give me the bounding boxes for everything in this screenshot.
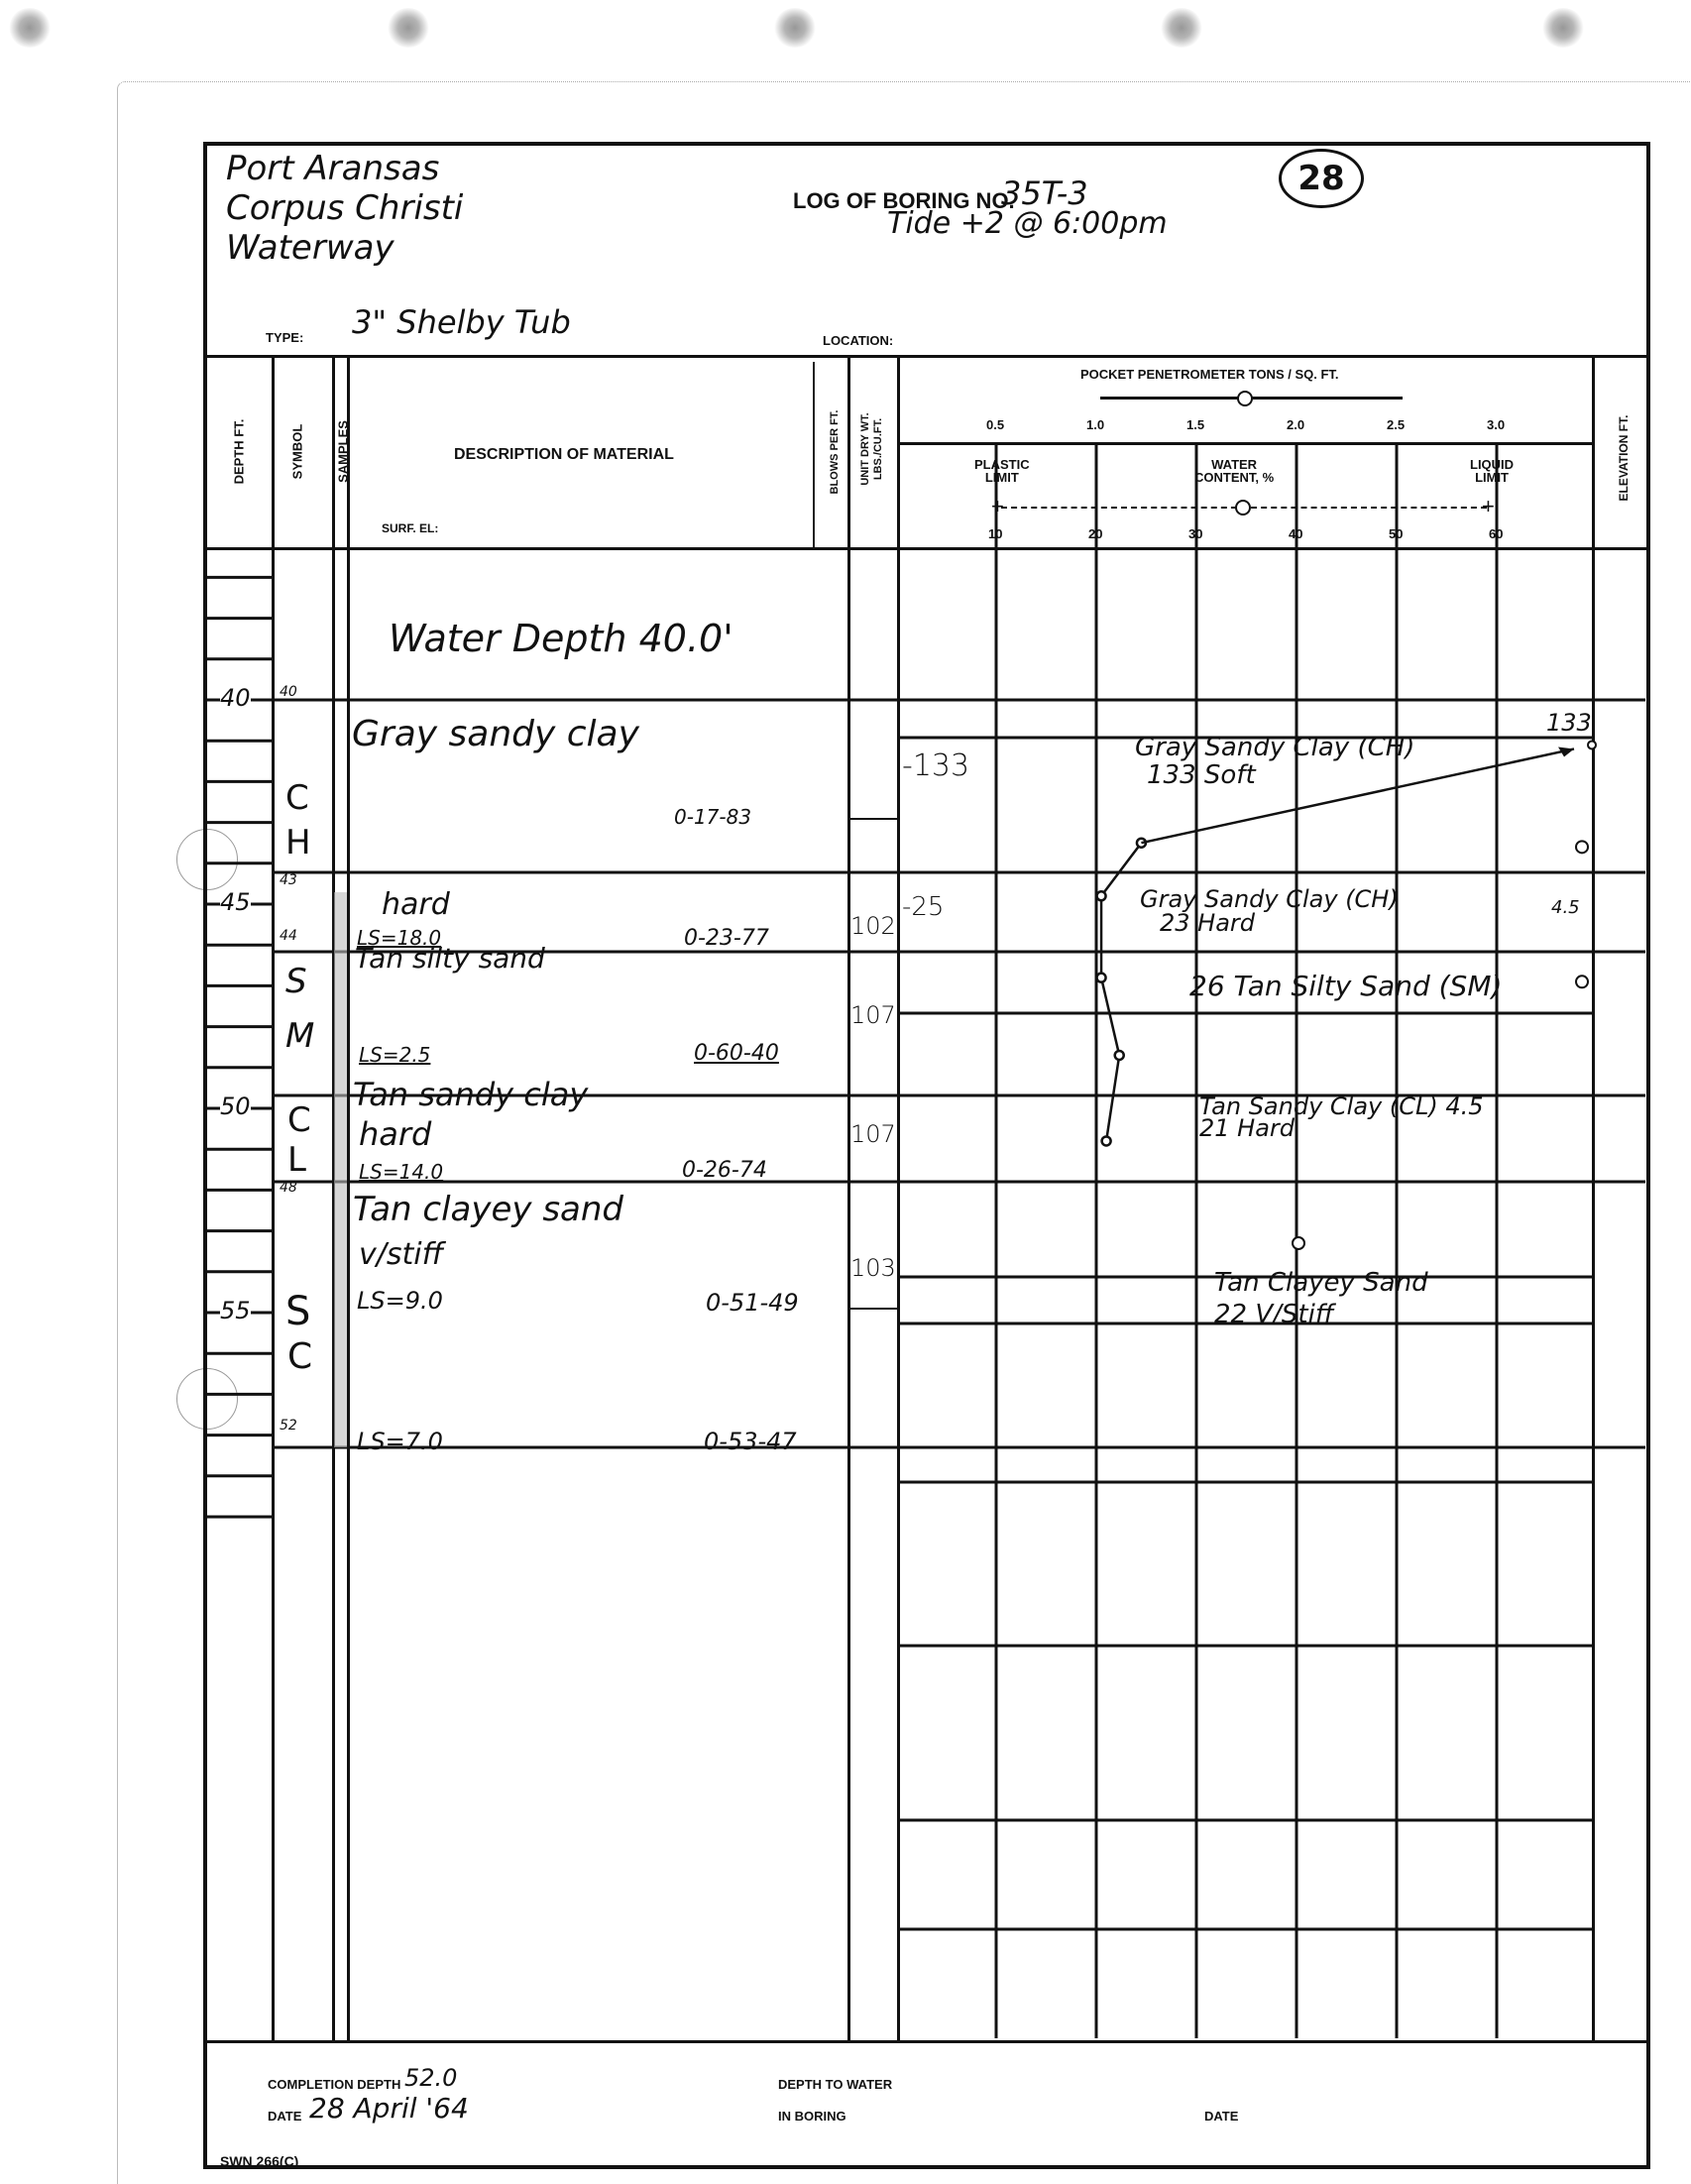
penetrometer-note: -25 <box>902 892 944 922</box>
plot-annotation: 26 Tan Silty Sand (SM) <box>1189 970 1502 1002</box>
layer-ls-value: LS=2.5 <box>359 1043 430 1067</box>
plot-annotation: Tan Sandy Clay (CL) 4.5 21 Hard <box>1199 1095 1484 1139</box>
layer-description: hard <box>382 887 450 922</box>
layer-top-depth: 44 <box>280 928 297 944</box>
plot-annotation: Gray Sandy Clay (CH) 133 Soft <box>1135 734 1414 789</box>
unit-dry-weight: 107 <box>850 1001 896 1029</box>
penetrometer-value: 133 <box>1546 709 1592 737</box>
annotation-line: 21 Hard <box>1199 1117 1484 1139</box>
form-id: SWN 266(C) <box>220 2153 298 2169</box>
water-depth-note: Water Depth 40.0' <box>389 617 733 660</box>
annotation-line: Gray Sandy Clay (CH) <box>1140 887 1399 911</box>
plot-annotation: Gray Sandy Clay (CH) 23 Hard <box>1140 887 1399 935</box>
uscs-symbol: S <box>285 1289 310 1334</box>
annotation-line: 133 Soft <box>1135 761 1414 789</box>
completion-depth-label: COMPLETION DEPTH <box>268 2077 400 2092</box>
depth-scale-label: 55 <box>220 1297 251 1324</box>
uscs-symbol: C <box>285 778 309 818</box>
layer-description: Tan sandy clay <box>353 1076 588 1113</box>
plot-annotation: Tan Clayey Sand 22 V/Stiff <box>1214 1267 1428 1330</box>
uscs-symbol: L <box>287 1140 306 1180</box>
layer-test-result: 0-53-47 <box>704 1428 797 1455</box>
water-date-label: DATE <box>1204 2109 1238 2124</box>
layer-description: hard <box>359 1115 431 1153</box>
layer-top-depth: 43 <box>280 872 297 888</box>
unit-dry-weight: 102 <box>850 912 896 940</box>
annotation-line: 22 V/Stiff <box>1214 1299 1428 1330</box>
date-value: 28 April '64 <box>309 2092 469 2125</box>
layer-top-depth: 52 <box>280 1418 297 1434</box>
date-label: DATE <box>268 2109 301 2124</box>
annotation-line: 23 Hard <box>1140 911 1399 935</box>
layer-description: Tan silty sand <box>355 942 545 975</box>
uscs-symbol: M <box>285 1016 314 1056</box>
completion-depth-value: 52.0 <box>404 2064 457 2092</box>
uscs-symbol: C <box>287 1100 311 1140</box>
penetrometer-note: -133 <box>902 748 969 783</box>
layer-description: Tan clayey sand <box>353 1190 623 1229</box>
penetrometer-value: 4.5 <box>1551 897 1580 918</box>
layer-description: v/stiff <box>359 1237 443 1272</box>
depth-to-water-label: DEPTH TO WATER <box>778 2077 892 2092</box>
annotation-line: Tan Clayey Sand <box>1214 1267 1428 1299</box>
depth-scale-label: 40 <box>220 684 251 712</box>
layer-top-depth: 40 <box>280 684 297 700</box>
layer-test-result: 0-26-74 <box>682 1158 767 1183</box>
uscs-symbol: H <box>285 823 311 862</box>
uscs-symbol: C <box>287 1336 312 1377</box>
layer-test-result: 0-51-49 <box>706 1289 799 1317</box>
depth-scale-label: 50 <box>220 1092 251 1120</box>
layer-ls-value: LS=7.0 <box>357 1428 443 1455</box>
layer-test-result: 0-17-83 <box>674 805 751 829</box>
layer-test-result: 0-23-77 <box>684 926 769 951</box>
layer-description: Gray sandy clay <box>352 714 639 754</box>
layer-ls-value: LS=9.0 <box>357 1287 443 1315</box>
layer-top-depth: 48 <box>280 1180 297 1196</box>
layer-test-result: 0-60-40 <box>694 1041 779 1066</box>
annotation-line: Gray Sandy Clay (CH) <box>1135 734 1414 761</box>
unit-dry-weight: 107 <box>850 1120 896 1148</box>
uscs-symbol: S <box>285 962 307 1001</box>
unit-dry-weight: 103 <box>850 1254 896 1282</box>
layer-ls-value: LS=14.0 <box>359 1160 443 1184</box>
depth-to-water-label-2: IN BORING <box>778 2109 846 2124</box>
depth-scale-label: 45 <box>220 888 251 916</box>
